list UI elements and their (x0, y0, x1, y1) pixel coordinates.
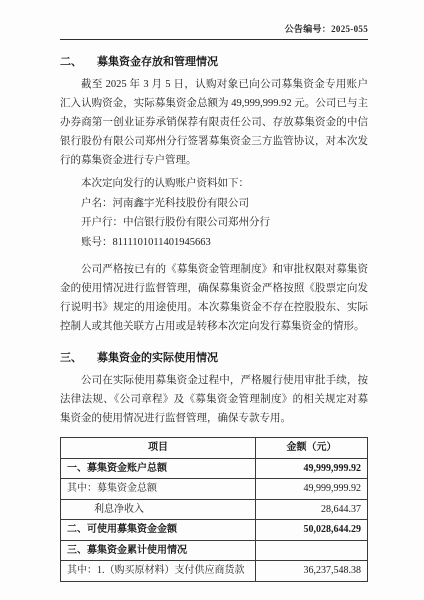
announcement-page: 公告编号：2025-055 二、募集资金存放和管理情况 截至 2025 年 3 … (0, 0, 424, 600)
section-2-paragraph-2: 公司严格按已有的《募集资金管理制度》和审批权限对募集资金的使用情况进行监督管理，… (60, 260, 368, 336)
row-amount-value: 28,644.37 (255, 499, 367, 520)
account-info-intro: 本次定向发行的认购账户资料如下： (60, 174, 368, 194)
section-3-title: 募集资金的实际使用情况 (97, 352, 218, 364)
row-item-label: 三、募集资金累计使用情况 (61, 540, 256, 561)
row-item-label: 利息净收入 (61, 499, 256, 520)
row-item-label: 其中：募集资金总额 (61, 479, 256, 500)
table-row: 二、可使用募集资金金额 50,028,644.29 (61, 520, 368, 541)
fund-usage-table: 项目 金额（元） 一、募集资金账户总额 49,999,999.92 其中：募集资… (60, 437, 368, 582)
announcement-number: 公告编号：2025-055 (60, 22, 368, 40)
row-amount-value (255, 540, 367, 561)
row-amount-value: 50,028,644.29 (255, 520, 367, 541)
account-number: 账号：8111101011401945663 (60, 233, 368, 253)
account-holder-name: 户名：河南鑫宇光科技股份有限公司 (60, 194, 368, 214)
table-header-amount: 金额（元） (255, 438, 367, 459)
table-row: 利息净收入 28,644.37 (61, 499, 368, 520)
section-3-heading: 三、募集资金的实际使用情况 (60, 349, 368, 365)
row-item-label: 二、可使用募集资金金额 (61, 520, 256, 541)
section-2-title: 募集资金存放和管理情况 (97, 56, 218, 68)
table-header-row: 项目 金额（元） (61, 438, 368, 459)
row-amount-value: 49,999,999.92 (255, 479, 367, 500)
row-amount-value: 36,237,548.38 (255, 561, 367, 582)
row-amount-value: 49,999,999.92 (255, 458, 367, 479)
section-3-number: 三、 (60, 349, 82, 365)
table-header-item: 项目 (61, 438, 256, 459)
table-row: 一、募集资金账户总额 49,999,999.92 (61, 458, 368, 479)
section-2-heading: 二、募集资金存放和管理情况 (60, 53, 368, 69)
account-bank: 开户行：中信银行股份有限公司郑州分行 (60, 213, 368, 233)
section-3-paragraph-1: 公司在实际使用募集资金过程中，严格履行使用审批手续，按法律法规、《公司章程》及《… (60, 371, 368, 428)
section-2-number: 二、 (60, 53, 82, 69)
row-item-label: 其中：1.（购买原材料）支付供应商货款 (61, 561, 256, 582)
row-item-label: 一、募集资金账户总额 (61, 458, 256, 479)
table-row: 三、募集资金累计使用情况 (61, 540, 368, 561)
table-row: 其中：募集资金总额 49,999,999.92 (61, 479, 368, 500)
table-row: 其中：1.（购买原材料）支付供应商货款 36,237,548.38 (61, 561, 368, 582)
section-2-paragraph-1: 截至 2025 年 3 月 5 日，认购对象已向公司募集资金专用账户汇入认购资金… (60, 75, 368, 170)
